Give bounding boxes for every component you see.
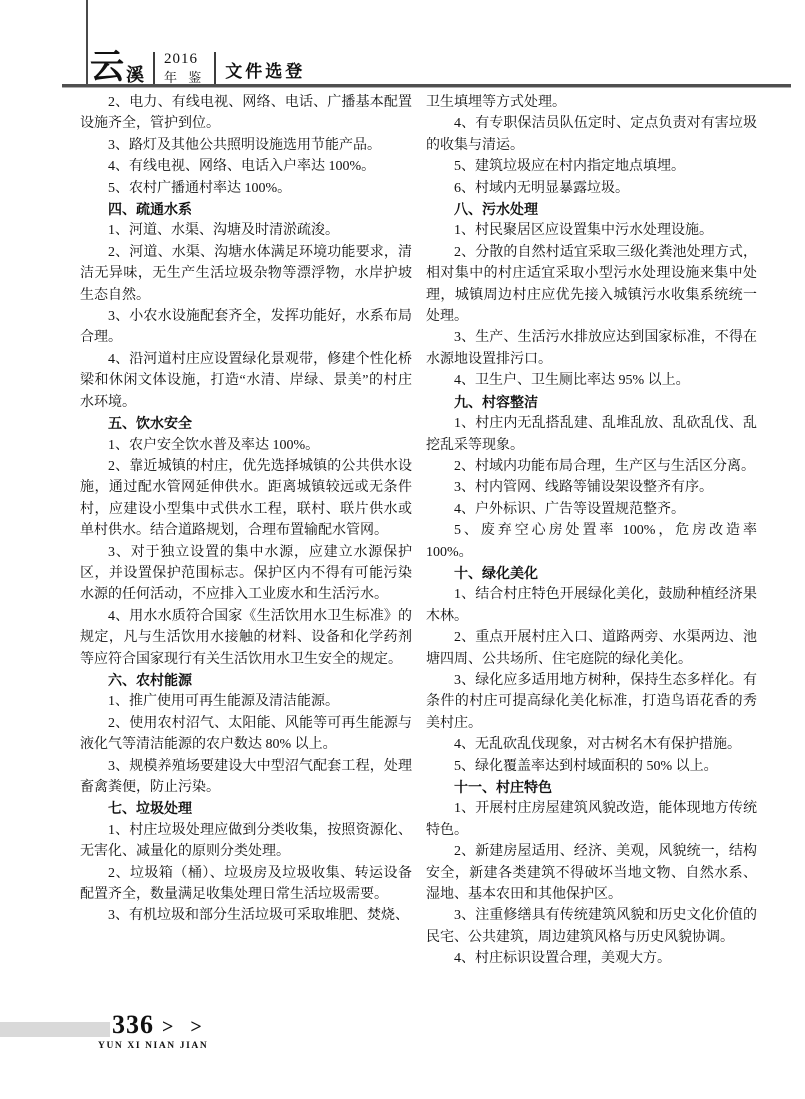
section-heading: 九、村容整洁 [426, 392, 757, 413]
paragraph: 2、村域内功能布局合理，生产区与生活区分离。 [426, 456, 757, 477]
section-heading: 六、农村能源 [80, 670, 412, 691]
section-heading: 七、垃圾处理 [80, 798, 412, 819]
year-label: 年 鉴 [164, 71, 205, 84]
section-heading: 四、疏通水系 [80, 199, 412, 220]
paragraph: 3、对于独立设置的集中水源，应建立水源保护区，并设置保护范围标志。保护区内不得有… [80, 542, 412, 606]
yearbook-page: 云 溪 2016 年 鉴 文件选登 2、电力、有线电视、网络、电话、广播基本配置… [0, 0, 805, 1099]
paragraph: 3、有机垃圾和部分生活垃圾可采取堆肥、焚烧、 [80, 905, 412, 926]
paragraph: 1、村庄内无乱搭乱建、乱堆乱放、乱砍乱伐、乱挖乱采等现象。 [426, 413, 757, 456]
paragraph: 5、废弃空心房处置率 100%，危房改造率 100%。 [426, 520, 757, 563]
paragraph: 4、有专职保洁员队伍定时、定点负责对有害垃圾的收集与清运。 [426, 113, 757, 156]
yearbook-brand: 云 溪 [90, 53, 144, 84]
paragraph: 4、沿河道村庄应设置绿化景观带，修建个性化桥梁和休闲文体设施，打造“水清、岸绿、… [80, 349, 412, 413]
paragraph: 1、结合村庄特色开展绿化美化，鼓励种植经济果木林。 [426, 584, 757, 627]
chevrons-icon: > > [162, 1017, 208, 1037]
paragraph: 3、规模养殖场要建设大中型沼气配套工程，处理畜禽粪便，防止污染。 [80, 756, 412, 799]
paragraph: 6、村域内无明显暴露垃圾。 [426, 178, 757, 199]
paragraph: 5、农村广播通村率达 100%。 [80, 178, 412, 199]
paragraph: 3、注重修缮具有传统建筑风貌和历史文化价值的民宅、公共建筑，周边建筑风格与历史风… [426, 905, 757, 948]
right-column: 卫生填埋等方式处理。4、有专职保洁员队伍定时、定点负责对有害垃圾的收集与清运。5… [426, 92, 757, 970]
paragraph: 卫生填埋等方式处理。 [426, 92, 757, 113]
paragraph: 4、无乱砍乱伐现象，对古树名木有保护措施。 [426, 734, 757, 755]
paragraph: 4、用水水质符合国家《生活饮用水卫生标准》的规定，凡与生活饮用水接触的材料、设备… [80, 606, 412, 670]
paragraph: 2、垃圾箱（桶）、垃圾房及垃圾收集、转运设备配置齐全，数量满足收集处理日常生活垃… [80, 863, 412, 906]
romanized-title: YUN XI NIAN JIAN [98, 1041, 208, 1051]
paragraph: 2、靠近城镇的村庄，优先选择城镇的公共供水设施，通过配水管网延伸供水。距离城镇较… [80, 456, 412, 542]
paragraph: 2、使用农村沼气、太阳能、风能等可再生能源与液化气等清洁能源的农户数达 80% … [80, 713, 412, 756]
left-column: 2、电力、有线电视、网络、电话、广播基本配置设施齐全，管护到位。3、路灯及其他公… [80, 92, 412, 927]
paragraph: 3、生产、生活污水排放应达到国家标准，不得在水源地设置排污口。 [426, 327, 757, 370]
section-heading: 十一、村庄特色 [426, 777, 757, 798]
paragraph: 1、推广使用可再生能源及清洁能源。 [80, 691, 412, 712]
paragraph: 1、开展村庄房屋建筑风貌改造，能体现地方传统特色。 [426, 798, 757, 841]
section-title: 文件选登 [225, 57, 305, 84]
paragraph: 2、分散的自然村适宜采取三级化粪池处理方式，相对集中的村庄适宜采取小型污水处理设… [426, 242, 757, 328]
section-heading: 八、污水处理 [426, 199, 757, 220]
header-horizontal-rule [62, 84, 791, 88]
year-block: 2016 年 鉴 [164, 52, 205, 84]
paragraph: 4、户外标识、广告等设置规范整齐。 [426, 499, 757, 520]
paragraph: 3、绿化应多适用地方树种，保持生态多样化。有条件的村庄可提高绿化美化标准，打造鸟… [426, 670, 757, 734]
paragraph: 4、有线电视、网络、电话入户率达 100%。 [80, 156, 412, 177]
year-text: 2016 [164, 52, 205, 67]
paragraph: 3、路灯及其他公共照明设施选用节能产品。 [80, 135, 412, 156]
paragraph: 1、村庄垃圾处理应做到分类收集，按照资源化、无害化、减量化的原则分类处理。 [80, 820, 412, 863]
page-header: 云 溪 2016 年 鉴 文件选登 [90, 42, 305, 84]
paragraph: 3、村内管网、线路等铺设架设整齐有序。 [426, 477, 757, 498]
paragraph: 2、河道、水渠、沟塘水体满足环境功能要求，清洁无异味，无生产生活垃圾杂物等漂浮物… [80, 242, 412, 306]
paragraph: 1、农户安全饮水普及率达 100%。 [80, 435, 412, 456]
footer-info: 336 > > YUN XI NIAN JIAN [112, 1012, 208, 1051]
section-heading: 五、饮水安全 [80, 413, 412, 434]
header-divider [214, 52, 216, 84]
paragraph: 1、村民聚居区应设置集中污水处理设施。 [426, 220, 757, 241]
page-number: 336 [112, 1012, 154, 1038]
paragraph: 4、卫生户、卫生厕比率达 95% 以上。 [426, 370, 757, 391]
page-number-row: 336 > > [112, 1012, 208, 1038]
paragraph: 4、村庄标识设置合理，美观大方。 [426, 948, 757, 969]
paragraph: 5、绿化覆盖率达到村域面积的 50% 以上。 [426, 756, 757, 777]
brand-char-small: 溪 [126, 66, 144, 84]
paragraph: 2、电力、有线电视、网络、电话、广播基本配置设施齐全，管护到位。 [80, 92, 412, 135]
paragraph: 5、建筑垃圾应在村内指定地点填埋。 [426, 156, 757, 177]
section-heading: 十、绿化美化 [426, 563, 757, 584]
paragraph: 2、新建房屋适用、经济、美观，风貌统一，结构安全，新建各类建筑不得破坏当地文物、… [426, 841, 757, 905]
paragraph: 3、小农水设施配套齐全，发挥功能好，水系布局合理。 [80, 306, 412, 349]
brand-char-large: 云 [90, 53, 124, 84]
paragraph: 2、重点开展村庄入口、道路两旁、水渠两边、池塘四周、公共场所、住宅庭院的绿化美化… [426, 627, 757, 670]
header-divider [153, 52, 155, 84]
footer-bar [0, 1022, 110, 1037]
paragraph: 1、河道、水渠、沟塘及时清淤疏浚。 [80, 220, 412, 241]
header-vertical-rule [86, 0, 88, 84]
